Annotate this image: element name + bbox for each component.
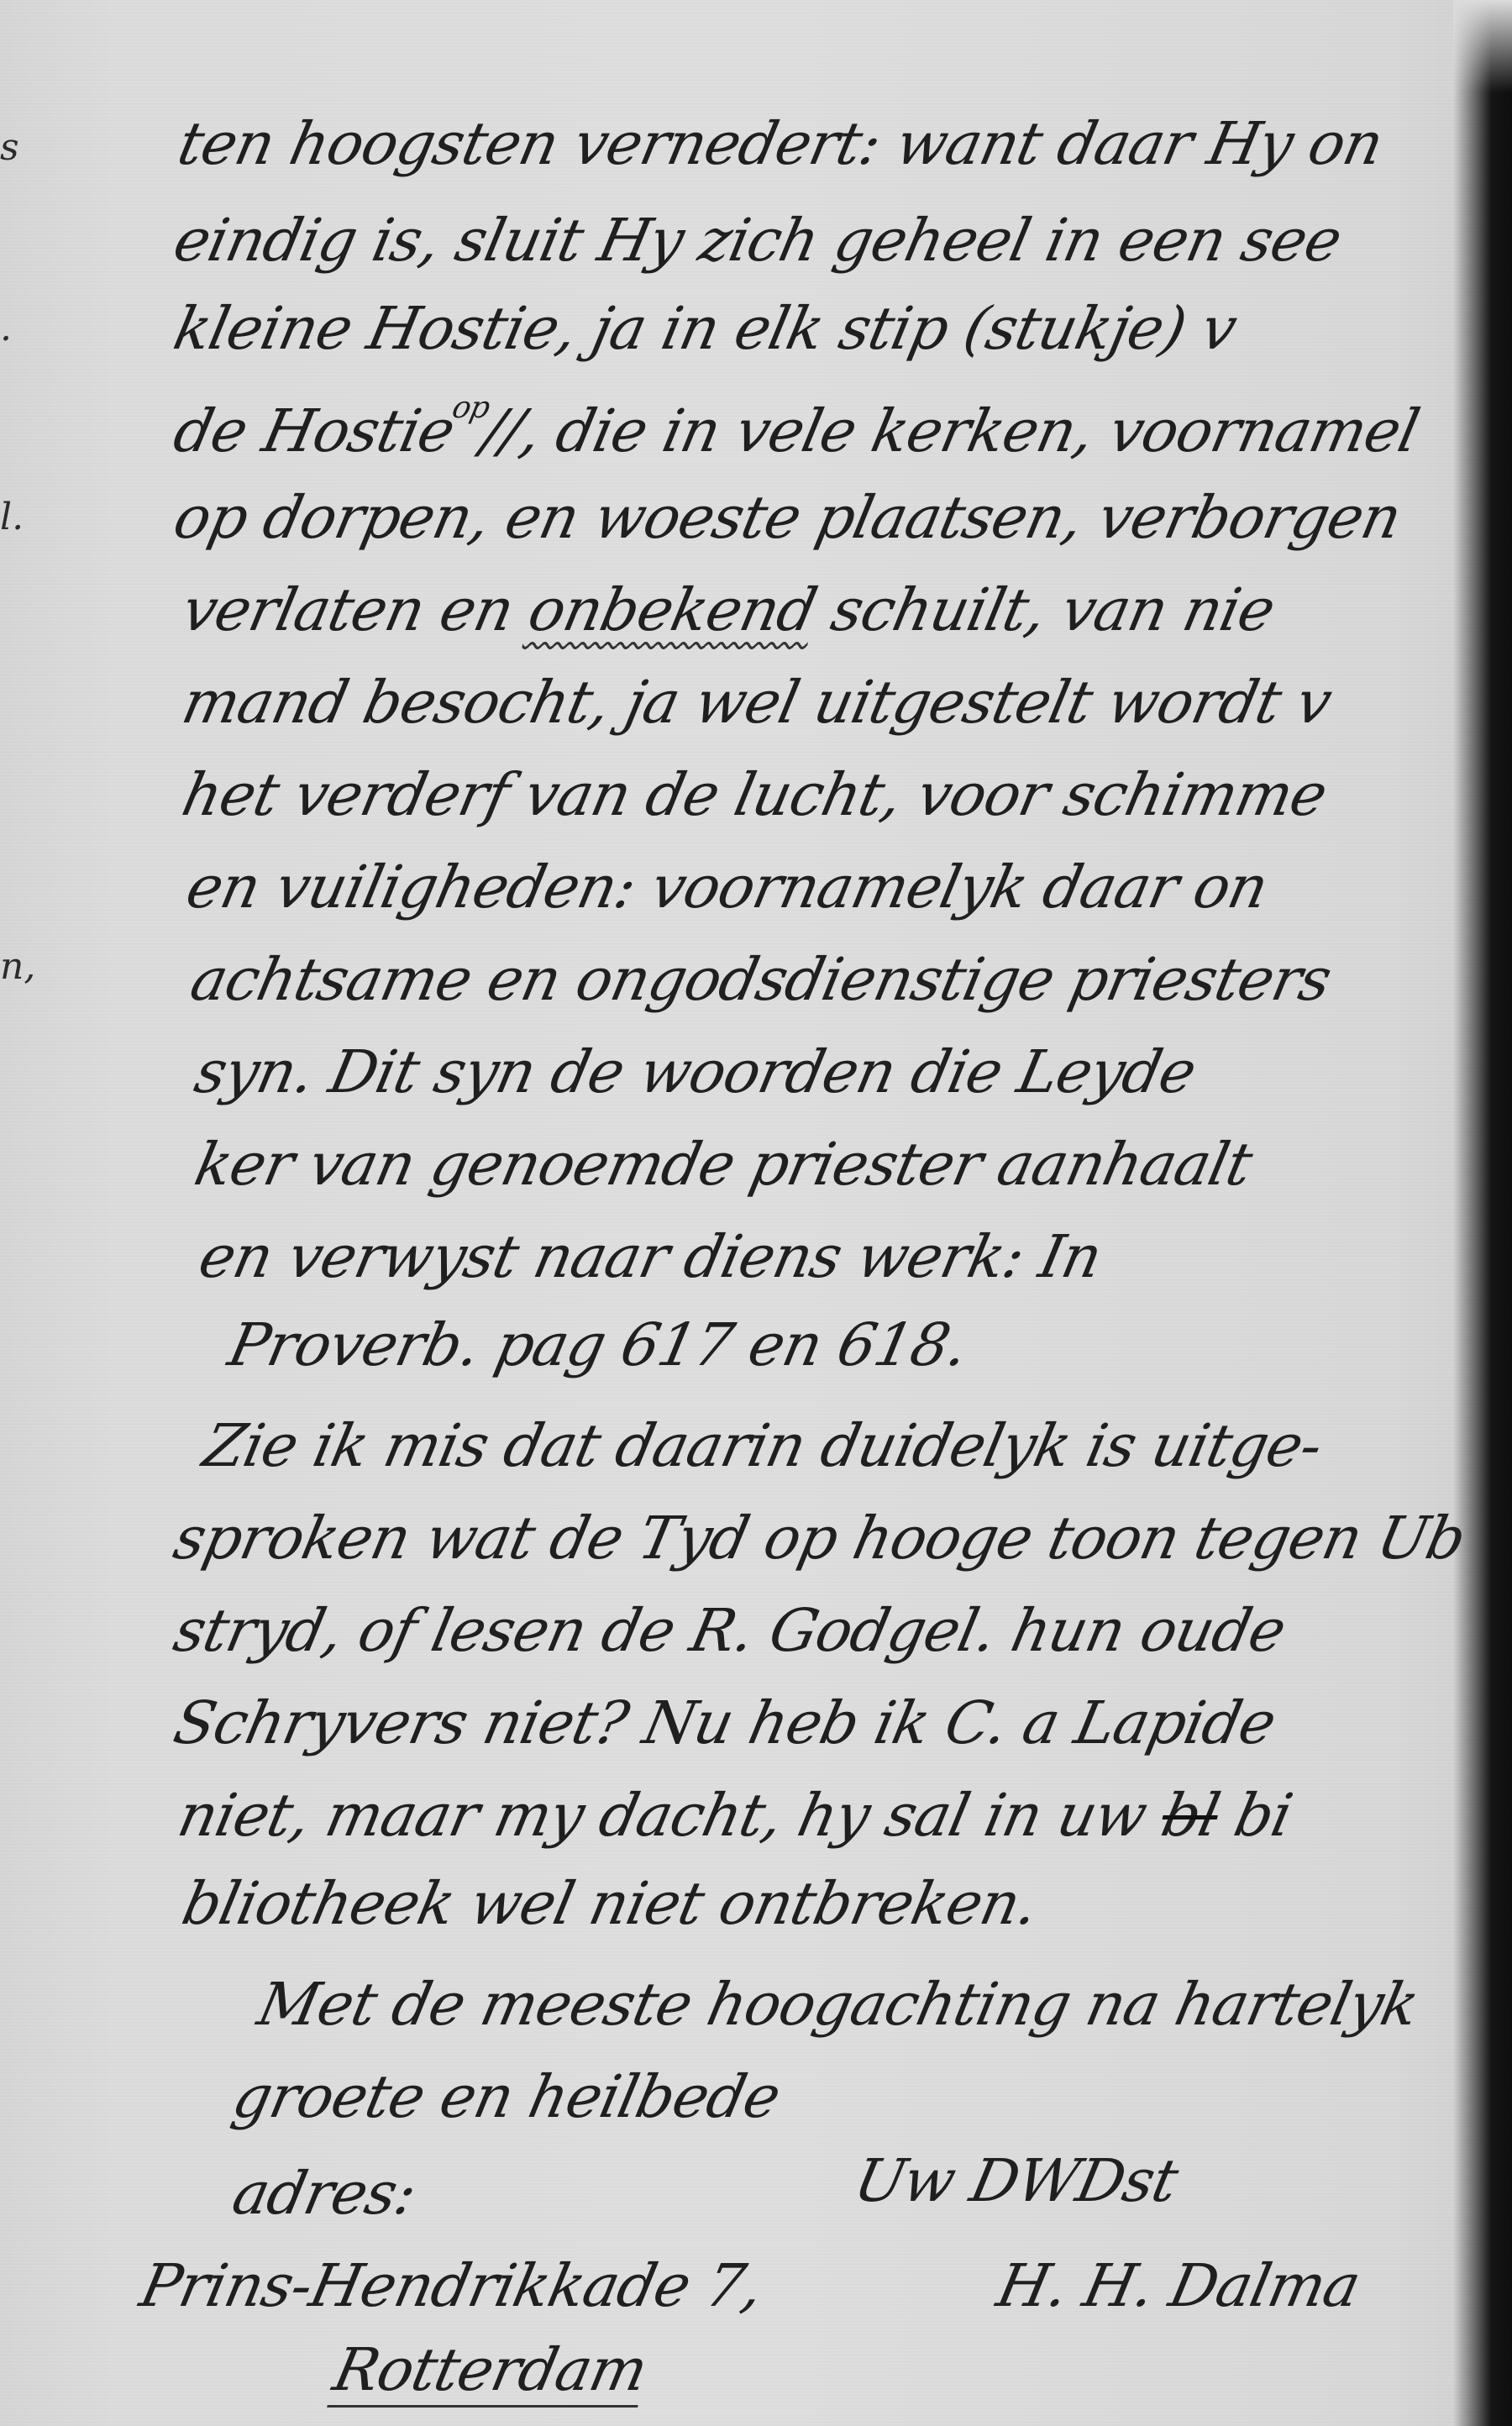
address-label: adres: — [227, 2159, 422, 2228]
letter-line: kleine Hostie, ja in elk stip (stukje) v — [168, 294, 1242, 363]
margin-mark: n, — [0, 945, 35, 988]
letter-line: ten hoogsten vernedert: want daar Hy on — [172, 109, 1389, 178]
binding-top-fade — [1453, 0, 1512, 92]
underlined-word: onbekend — [522, 575, 822, 644]
signature: H. H. Dalma — [991, 2251, 1366, 2320]
letter-line: Zie ik mis dat daarin duidelyk is uitge- — [197, 1411, 1328, 1480]
letter-text: niet, maar my dacht, hy sal in uw — [172, 1781, 1170, 1850]
letter-line: bliotheek wel niet ontbreken. — [176, 1869, 1043, 1938]
letter-line: ker van genoemde priester aanhaalt — [189, 1130, 1257, 1199]
letter-line: sproken wat de Tyd op hooge toon tegen U… — [168, 1504, 1472, 1573]
letter-line: mand besocht, ja wel uitgestelt wordt v — [176, 668, 1337, 737]
street-address: Prins-Hendrikkade 7, — [134, 2251, 769, 2320]
letter-line: en vuiligheden: voornamelyk daar on — [181, 853, 1273, 922]
letter-line: verlaten en onbekend schuilt, van nie — [176, 575, 1280, 644]
letter-text: //, die in vele kerken, voornamel — [476, 396, 1425, 465]
margin-mark: . — [0, 307, 12, 349]
letter-line: de Hostieop//, die in vele kerken, voorn… — [168, 391, 1426, 465]
letter-text: verlaten en — [176, 575, 538, 644]
letter-line: Met de meeste hoogachting na hartelyk — [252, 1970, 1424, 2039]
letter-text: de Hostie — [168, 396, 460, 465]
letter-line: groete en heilbede — [227, 2062, 786, 2131]
salutation: Uw DWDst — [848, 2146, 1184, 2215]
letter-line: syn. Dit syn de woorden die Leyde — [189, 1037, 1201, 1106]
letter-text: schuilt, van nie — [807, 575, 1280, 644]
letter-line: niet, maar my dacht, hy sal in uw bl bi — [172, 1781, 1298, 1850]
letter-line: achtsame en ongodsdienstige priesters — [185, 945, 1337, 1014]
margin-mark: s — [0, 126, 19, 169]
letter-page: s . l. n, ten hoogsten vernedert: want d… — [0, 0, 1512, 2426]
margin-mark: l. — [0, 496, 24, 538]
city: Rotterdam — [328, 2335, 653, 2404]
letter-line: stryd, of lesen de R. Godgel. hun oude — [168, 1596, 1291, 1665]
letter-line: het verderf van de lucht, voor schimme — [176, 760, 1332, 829]
book-binding-shadow — [1453, 0, 1512, 2426]
letter-line: en verwyst naar diens werk: In — [193, 1222, 1107, 1291]
letter-line: Schryvers niet? Nu heb ik C. a Lapide — [168, 1688, 1282, 1757]
letter-text: bi — [1210, 1781, 1298, 1850]
letter-line: eindig is, sluit Hy zich geheel in een s… — [168, 206, 1347, 275]
letter-line: op dorpen, en woeste plaatsen, verborgen — [168, 483, 1407, 552]
letter-line: Proverb. pag 617 en 618. — [223, 1310, 974, 1379]
